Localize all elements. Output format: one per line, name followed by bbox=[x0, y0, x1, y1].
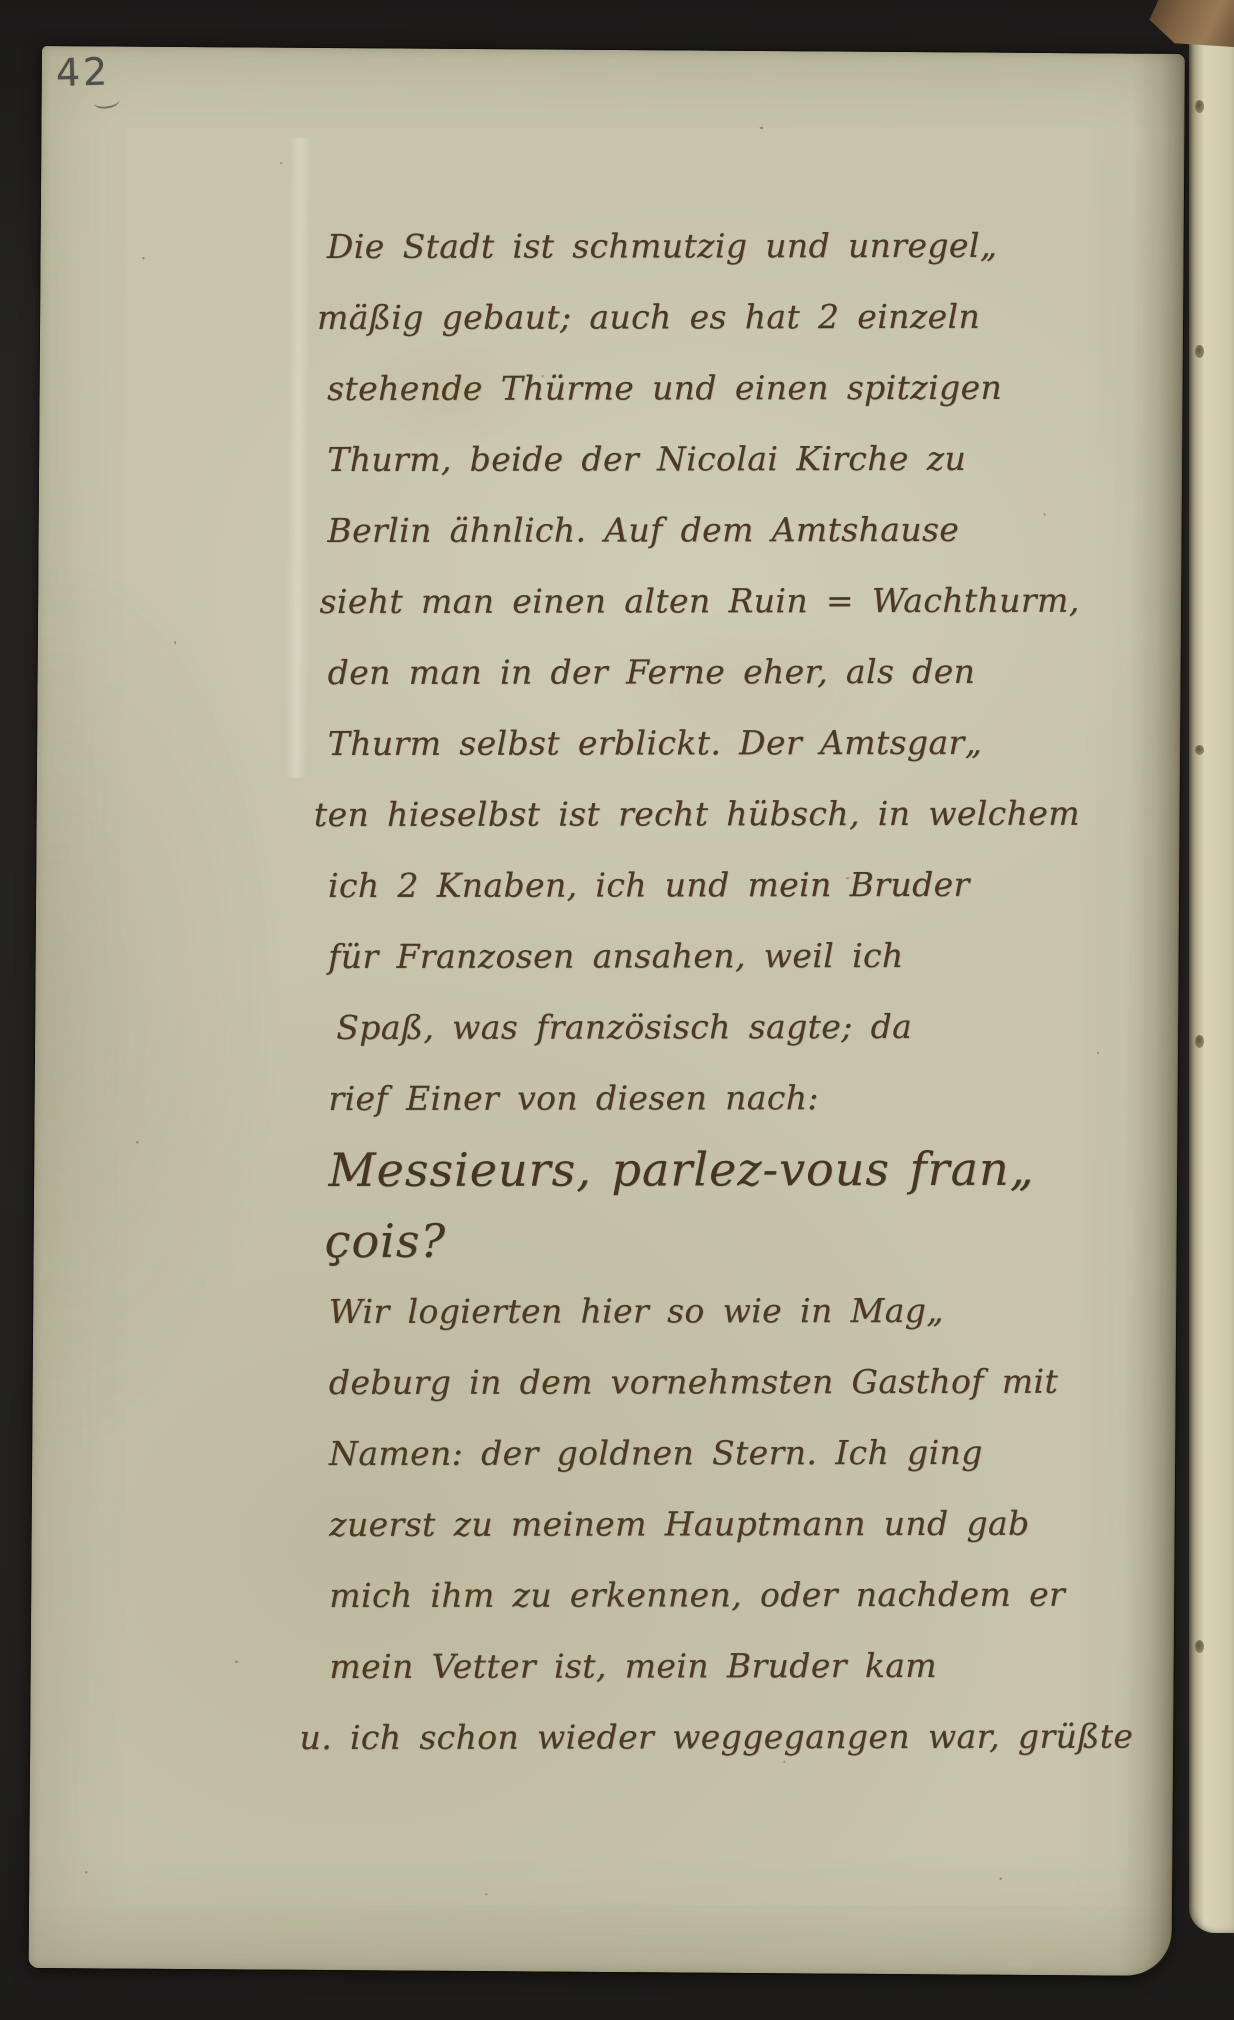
handwritten-line: mäßig gebaut; auch es hat 2 einzeln bbox=[317, 281, 987, 353]
handwritten-line: zuerst zu meinem Hauptmann und gab bbox=[329, 1488, 989, 1560]
scan-background: 42 Die Stadt ist schmutzig und unregel„ … bbox=[0, 0, 1234, 2020]
handwritten-line: für Franzosen ansahen, weil ich bbox=[328, 920, 988, 992]
stitch-hole bbox=[1195, 745, 1204, 755]
manuscript-page: 42 Die Stadt ist schmutzig und unregel„ … bbox=[29, 46, 1185, 1976]
page-number: 42 bbox=[55, 50, 111, 96]
handwritten-line-french: çois? bbox=[325, 1204, 989, 1276]
handwritten-line: mich ihm zu erkennen, oder nachdem er bbox=[329, 1559, 989, 1631]
page-right-curl bbox=[1120, 54, 1185, 1976]
handwritten-line: rief Einer von diesen nach: bbox=[328, 1062, 988, 1134]
paper-crease bbox=[285, 138, 311, 778]
handwritten-text-block: Die Stadt ist schmutzig und unregel„ mäß… bbox=[327, 210, 990, 1773]
handwritten-line: deburg in dem vornehmsten Gasthof mit bbox=[329, 1346, 989, 1418]
handwritten-line: stehende Thürme und einen spitzigen bbox=[327, 352, 987, 424]
handwritten-line: u. ich schon wieder weggegangen war, grü… bbox=[299, 1701, 989, 1773]
handwritten-line: Thurm selbst erblickt. Der Amtsgar„ bbox=[328, 707, 988, 779]
stitch-hole bbox=[1195, 1640, 1204, 1653]
handwritten-line: ich 2 Knaben, ich und mein Bruder bbox=[328, 849, 988, 921]
handwritten-line: Thurm, beide der Nicolai Kirche zu bbox=[327, 423, 987, 495]
handwritten-line: Die Stadt ist schmutzig und unregel„ bbox=[327, 210, 987, 282]
handwritten-line: Spaß, was französisch sagte; da bbox=[336, 991, 988, 1063]
handwritten-line: ten hieselbst ist recht hübsch, in welch… bbox=[314, 778, 988, 850]
handwritten-line: Namen: der goldnen Stern. Ich ging bbox=[329, 1417, 989, 1489]
stitch-hole bbox=[1195, 1035, 1204, 1048]
stitch-hole bbox=[1195, 100, 1204, 113]
handwritten-line: Wir logierten hier so wie in Mag„ bbox=[329, 1275, 989, 1347]
handwritten-line-french: Messieurs, parlez-vous fran„ bbox=[328, 1133, 988, 1205]
handwritten-line: den man in der Ferne eher, als den bbox=[328, 636, 988, 708]
handwritten-line: Berlin ähnlich. Auf dem Amtshause bbox=[327, 494, 987, 566]
stitch-hole bbox=[1195, 345, 1204, 358]
handwritten-line: sieht man einen alten Ruin = Wachthurm, bbox=[319, 565, 987, 637]
next-page-edge bbox=[1189, 28, 1234, 1933]
handwritten-line: mein Vetter ist, mein Bruder kam bbox=[329, 1630, 989, 1702]
binding-remnant bbox=[1144, 0, 1234, 47]
pencil-mark bbox=[93, 93, 121, 110]
